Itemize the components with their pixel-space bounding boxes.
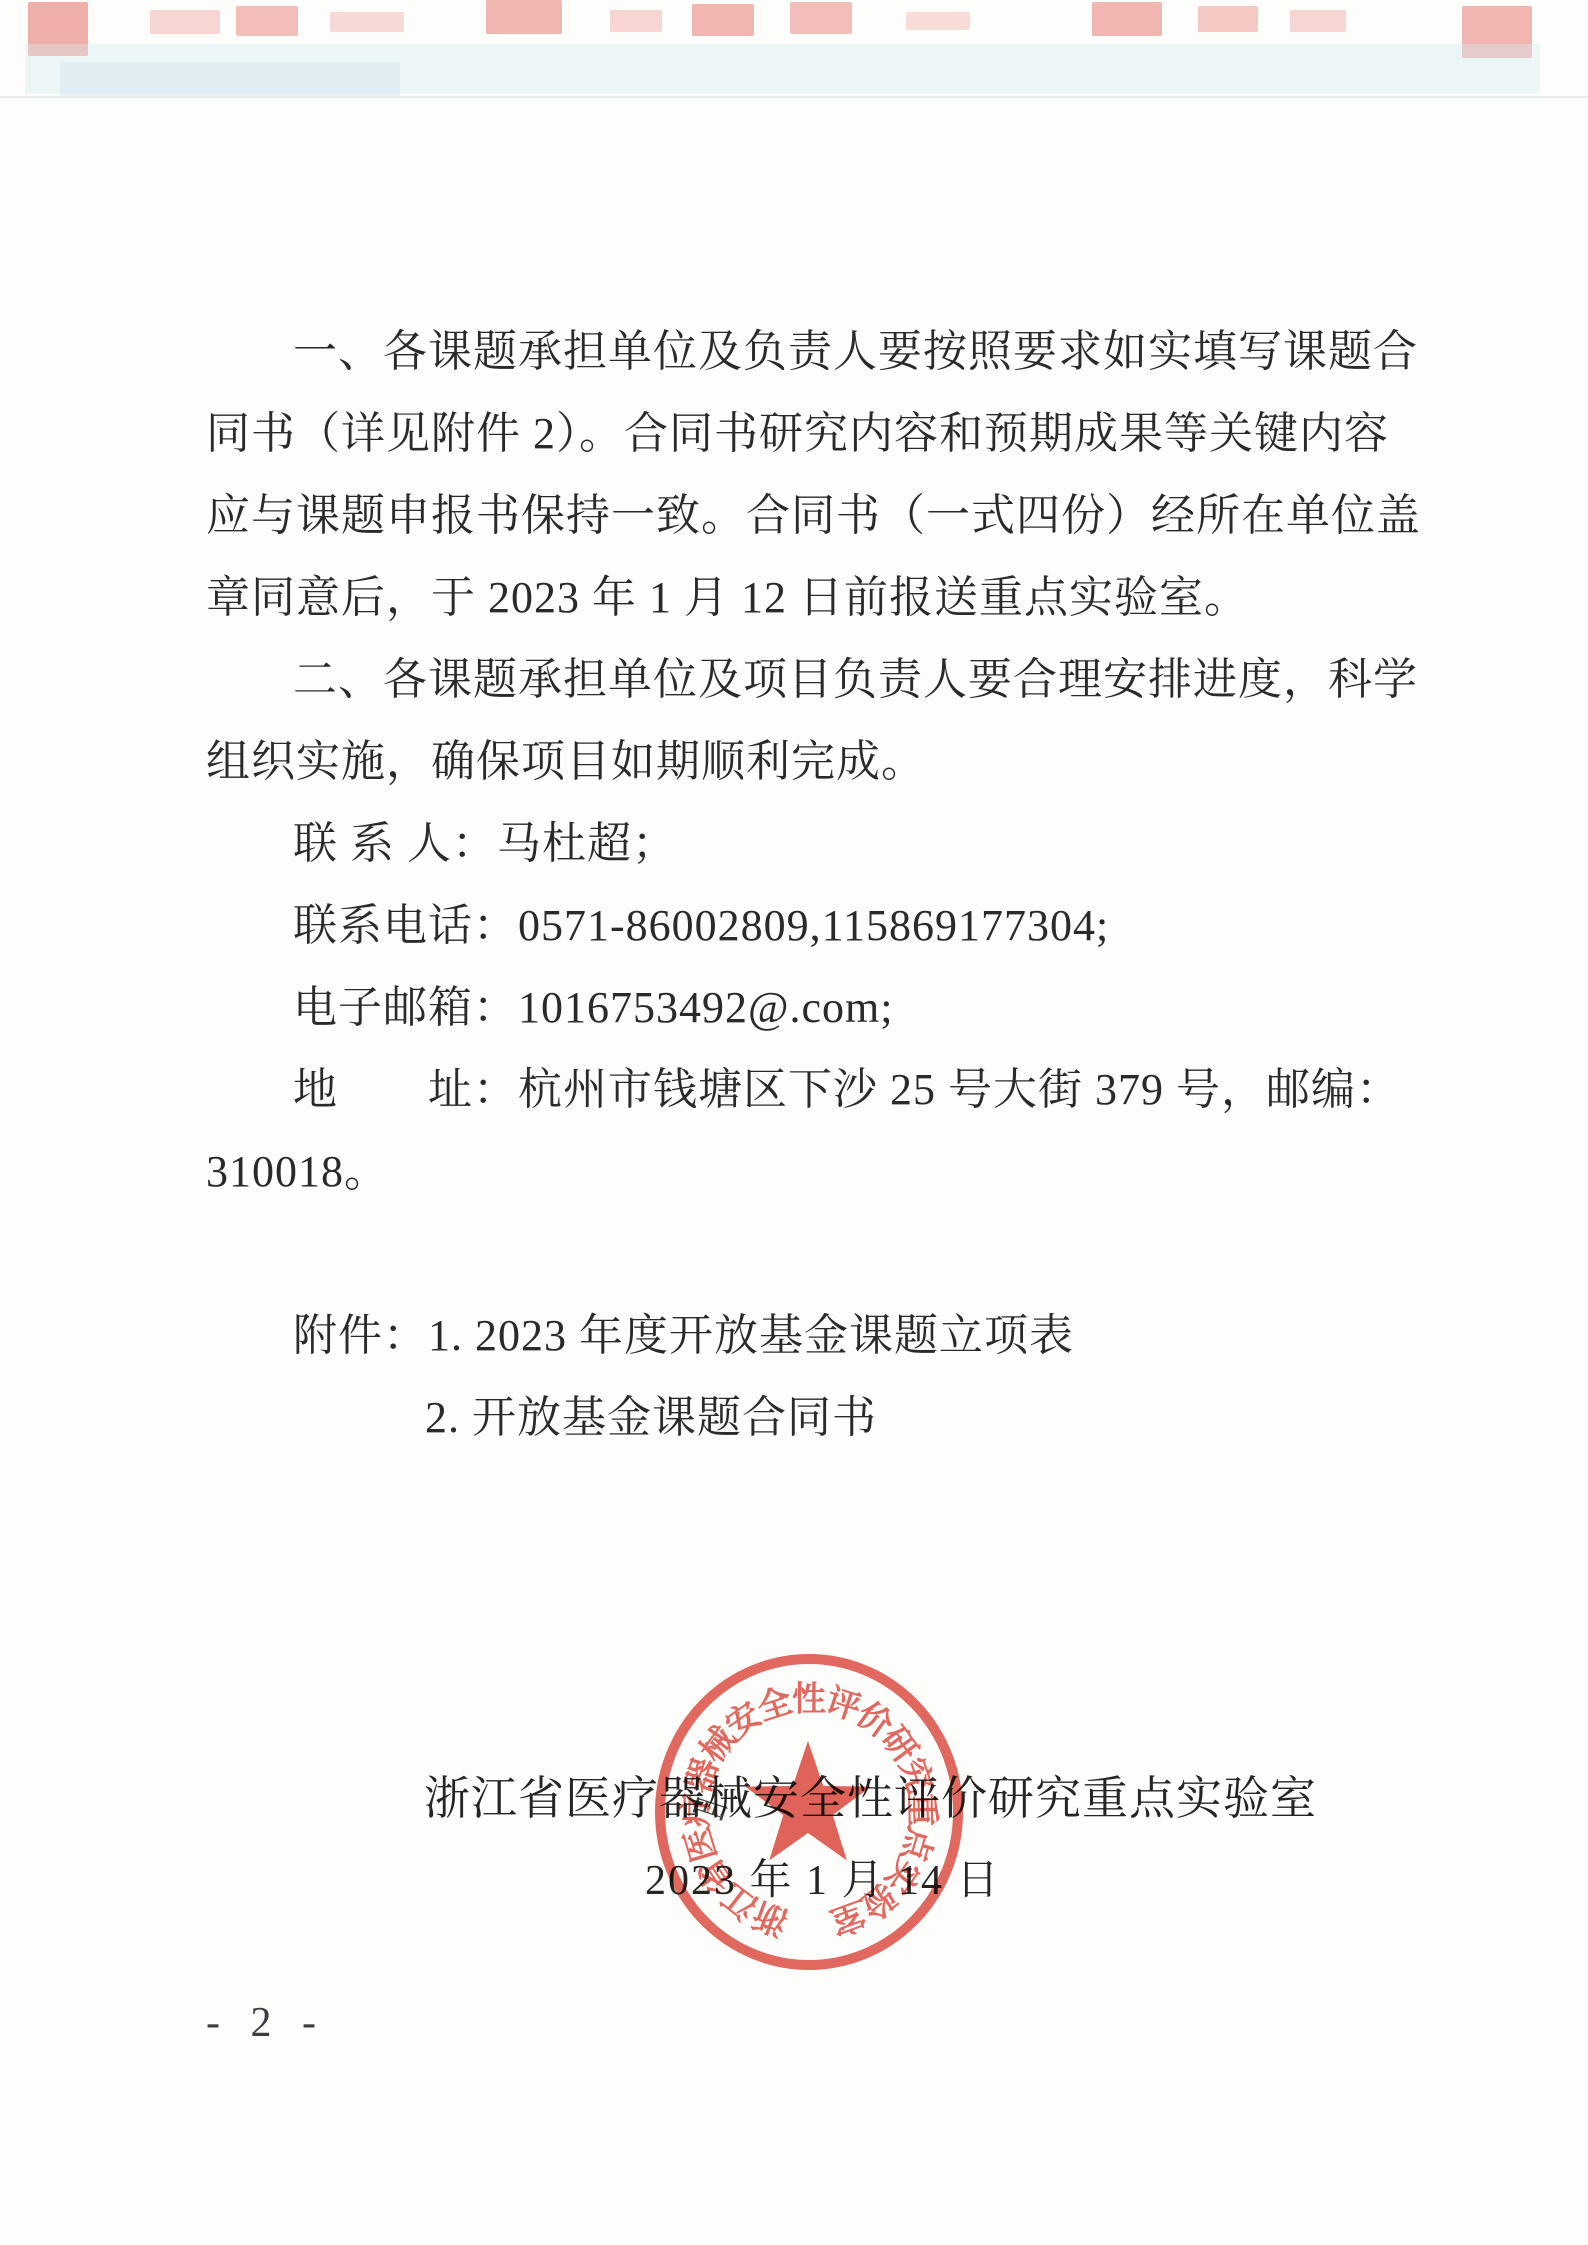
scan-artifact — [1290, 10, 1346, 32]
para2-line1: 二、各课题承担单位及项目负责人要合理安排进度，科学 — [293, 658, 1418, 702]
contact-person: 联 系 人：马杜超； — [293, 822, 677, 866]
attachments-line2: 2. 开放基金课题合同书 — [425, 1396, 877, 1440]
document-page: 一、各课题承担单位及负责人要按照要求如实填写课题合 同书（详见附件 2）。合同书… — [0, 0, 1588, 2245]
scan-artifact — [692, 4, 754, 36]
para1-line4: 章同意后，于 2023 年 1 月 12 日前报送重点实验室。 — [206, 576, 1249, 620]
scan-artifact — [1198, 6, 1258, 32]
para1-line3: 应与课题申报书保持一致。合同书（一式四份）经所在单位盖 — [206, 494, 1421, 538]
seal-star — [745, 1741, 871, 1860]
svg-text:疗: 疗 — [677, 1792, 716, 1827]
scan-artifact — [0, 96, 1588, 98]
official-seal: 浙江省医疗器械安全性评价研究重点实验室 — [648, 1652, 970, 1974]
svg-text:重: 重 — [902, 1792, 941, 1827]
para1-line1: 一、各课题承担单位及负责人要按照要求如实填写课题合 — [293, 330, 1418, 374]
page-number: - 2 - — [206, 2002, 326, 2044]
scan-artifact — [610, 10, 662, 32]
scan-artifact — [60, 62, 400, 96]
contact-email: 电子邮箱：1016753492@.com; — [293, 986, 894, 1030]
para2-line2: 组织实施，确保项目如期顺利完成。 — [206, 740, 926, 784]
scan-artifact — [486, 0, 562, 34]
svg-text:性: 性 — [792, 1681, 826, 1719]
scan-artifact — [1092, 2, 1162, 36]
scan-artifact — [906, 12, 970, 30]
scan-artifact — [236, 6, 298, 36]
scan-artifact — [790, 2, 852, 34]
address-line2: 310018。 — [206, 1150, 389, 1194]
contact-phone: 联系电话：0571-86002809,115869177304; — [293, 904, 1109, 948]
attachments-line1: 附件：1. 2023 年度开放基金课题立项表 — [293, 1314, 1074, 1358]
scan-artifact — [150, 10, 220, 34]
address-line1: 地 址：杭州市钱塘区下沙 25 号大街 379 号，邮编： — [293, 1068, 1401, 1112]
para1-line2: 同书（详见附件 2）。合同书研究内容和预期成果等关键内容 — [206, 412, 1389, 456]
scan-artifact — [330, 12, 404, 32]
